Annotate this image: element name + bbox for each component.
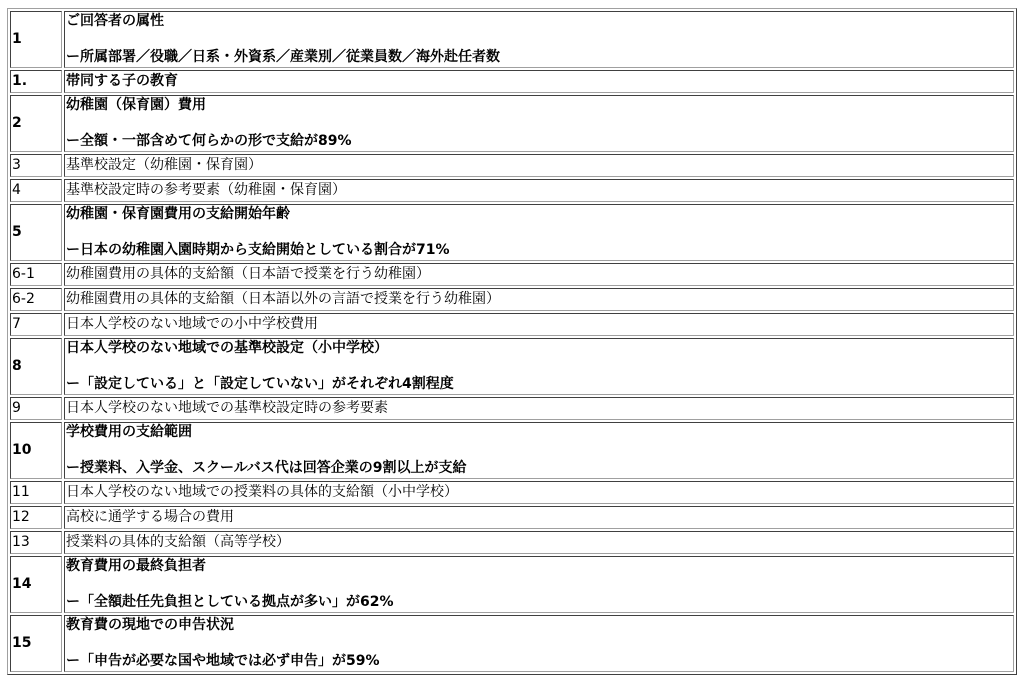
- row-number: 14: [10, 556, 62, 613]
- row-summary: ー所属部署／役職／日系・外資系／産業別／従業員数／海外赴任者数: [66, 48, 1012, 67]
- table-of-contents: 1 ご回答者の属性 ー所属部署／役職／日系・外資系／産業別／従業員数／海外赴任者…: [7, 8, 1017, 675]
- table-row: 2 幼稚園（保育園）費用 ー全額・一部含めて何らかの形で支給が89%: [10, 95, 1014, 152]
- table-row: 10 学校費用の支給範囲 ー授業料、入学金、スクールバス代は回答企業の9割以上が…: [10, 422, 1014, 479]
- row-title: 日本人学校のない地域での基準校設定（小中学校）: [66, 339, 1012, 358]
- row-title: 高校に通学する場合の費用: [64, 506, 1014, 529]
- row-body: 幼稚園（保育園）費用 ー全額・一部含めて何らかの形で支給が89%: [64, 95, 1014, 152]
- table-row: 14 教育費用の最終負担者 ー「全額赴任先負担としている拠点が多い」が62%: [10, 556, 1014, 613]
- row-body: 学校費用の支給範囲 ー授業料、入学金、スクールバス代は回答企業の9割以上が支給: [64, 422, 1014, 479]
- row-body: 教育費用の最終負担者 ー「全額赴任先負担としている拠点が多い」が62%: [64, 556, 1014, 613]
- row-number: 6-1: [10, 263, 62, 286]
- row-title: 幼稚園費用の具体的支給額（日本語以外の言語で授業を行う幼稚園）: [64, 288, 1014, 311]
- row-title: 教育費の現地での申告状況: [66, 616, 1012, 635]
- table-row: 4 基準校設定時の参考要素（幼稚園・保育園）: [10, 179, 1014, 202]
- row-title: 幼稚園費用の具体的支給額（日本語で授業を行う幼稚園）: [64, 263, 1014, 286]
- row-title: 日本人学校のない地域での小中学校費用: [64, 313, 1014, 336]
- row-number: 12: [10, 506, 62, 529]
- row-summary: ー「設定している」と「設定していない」がそれぞれ4割程度: [66, 375, 1012, 394]
- row-number: 6-2: [10, 288, 62, 311]
- row-summary: ー「申告が必要な国や地域では必ず申告」が59%: [66, 652, 1012, 671]
- table-row: 7 日本人学校のない地域での小中学校費用: [10, 313, 1014, 336]
- row-body: 教育費の現地での申告状況 ー「申告が必要な国や地域では必ず申告」が59%: [64, 615, 1014, 672]
- row-title: 基準校設定（幼稚園・保育園）: [64, 154, 1014, 177]
- table-row: 1 ご回答者の属性 ー所属部署／役職／日系・外資系／産業別／従業員数／海外赴任者…: [10, 11, 1014, 68]
- row-summary: ー「全額赴任先負担としている拠点が多い」が62%: [66, 593, 1012, 612]
- row-number: 3: [10, 154, 62, 177]
- row-title: 教育費用の最終負担者: [66, 557, 1012, 576]
- row-number: 13: [10, 531, 62, 554]
- row-title: 日本人学校のない地域での基準校設定時の参考要素: [64, 397, 1014, 420]
- row-number: 11: [10, 481, 62, 504]
- row-title: 幼稚園・保育園費用の支給開始年齢: [66, 205, 1012, 224]
- row-number: 4: [10, 179, 62, 202]
- row-title: 学校費用の支給範囲: [66, 423, 1012, 442]
- table-row: 8 日本人学校のない地域での基準校設定（小中学校） ー「設定している」と「設定し…: [10, 338, 1014, 395]
- row-number: 5: [10, 204, 62, 261]
- table-row: 3 基準校設定（幼稚園・保育園）: [10, 154, 1014, 177]
- row-number: 1: [10, 11, 62, 68]
- table-row: 9 日本人学校のない地域での基準校設定時の参考要素: [10, 397, 1014, 420]
- row-number: 8: [10, 338, 62, 395]
- row-number: 10: [10, 422, 62, 479]
- row-summary: ー全額・一部含めて何らかの形で支給が89%: [66, 132, 1012, 151]
- row-number: 2: [10, 95, 62, 152]
- row-title: 基準校設定時の参考要素（幼稚園・保育園）: [64, 179, 1014, 202]
- row-body: 日本人学校のない地域での基準校設定（小中学校） ー「設定している」と「設定してい…: [64, 338, 1014, 395]
- table-row: 6-2 幼稚園費用の具体的支給額（日本語以外の言語で授業を行う幼稚園）: [10, 288, 1014, 311]
- row-number: 9: [10, 397, 62, 420]
- row-body: ご回答者の属性 ー所属部署／役職／日系・外資系／産業別／従業員数／海外赴任者数: [64, 11, 1014, 68]
- row-title: ご回答者の属性: [66, 12, 1012, 31]
- row-title: 日本人学校のない地域での授業料の具体的支給額（小中学校）: [64, 481, 1014, 504]
- row-title: 授業料の具体的支給額（高等学校）: [64, 531, 1014, 554]
- table-row: 15 教育費の現地での申告状況 ー「申告が必要な国や地域では必ず申告」が59%: [10, 615, 1014, 672]
- row-summary: ー授業料、入学金、スクールバス代は回答企業の9割以上が支給: [66, 459, 1012, 478]
- row-number: 7: [10, 313, 62, 336]
- table-row: 6-1 幼稚園費用の具体的支給額（日本語で授業を行う幼稚園）: [10, 263, 1014, 286]
- row-number: 15: [10, 615, 62, 672]
- table-row: 11 日本人学校のない地域での授業料の具体的支給額（小中学校）: [10, 481, 1014, 504]
- row-number: 1.: [10, 70, 62, 93]
- table-row: 12 高校に通学する場合の費用: [10, 506, 1014, 529]
- row-title: 帯同する子の教育: [64, 70, 1014, 93]
- row-title: 幼稚園（保育園）費用: [66, 96, 1012, 115]
- table-row: 5 幼稚園・保育園費用の支給開始年齢 ー日本の幼稚園入園時期から支給開始としてい…: [10, 204, 1014, 261]
- row-body: 幼稚園・保育園費用の支給開始年齢 ー日本の幼稚園入園時期から支給開始としている割…: [64, 204, 1014, 261]
- table-row: 13 授業料の具体的支給額（高等学校）: [10, 531, 1014, 554]
- row-summary: ー日本の幼稚園入園時期から支給開始としている割合が71%: [66, 241, 1012, 260]
- table-row: 1. 帯同する子の教育: [10, 70, 1014, 93]
